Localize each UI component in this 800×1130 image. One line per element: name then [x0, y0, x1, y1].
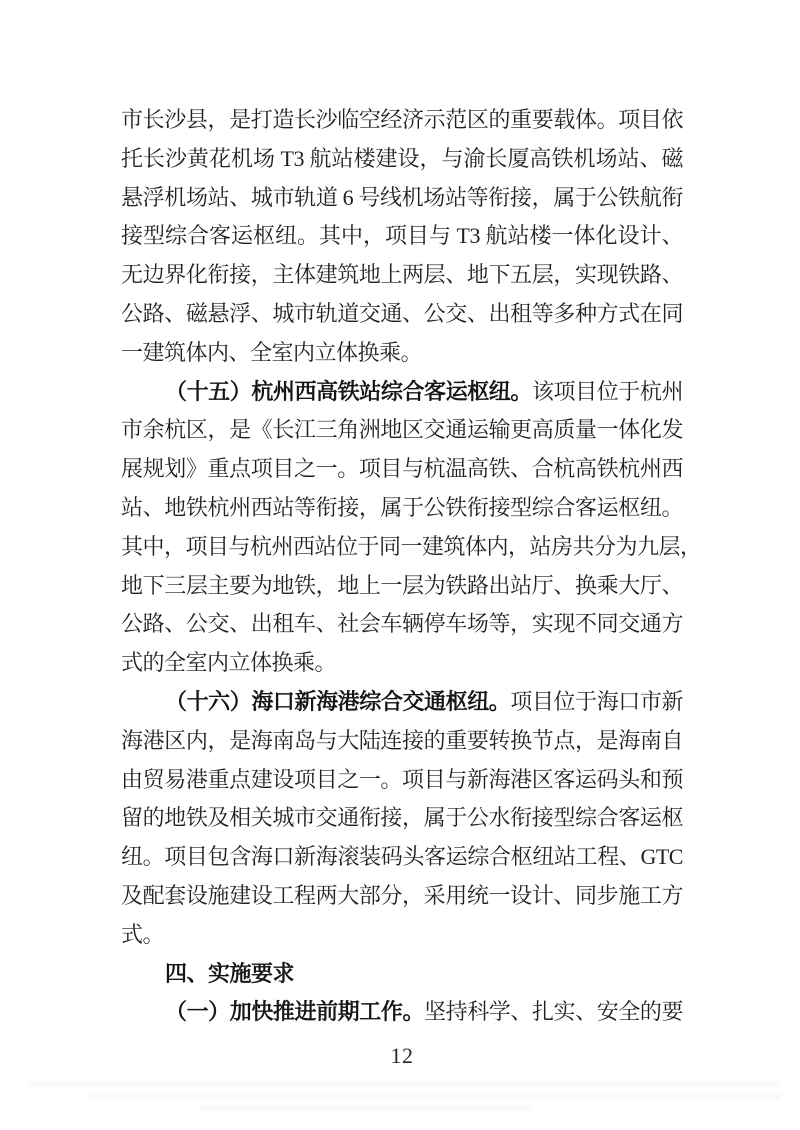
item-16-heading: （十六）海口新海港综合交通枢纽。: [165, 689, 510, 714]
text-line: 及配套设施建设工程两大部分，采用统一设计、同步施工方: [121, 877, 683, 916]
scan-streak: [200, 1106, 530, 1110]
scan-streak: [88, 1094, 780, 1099]
line-text: 市余杭区，是《长江三角洲地区交通运输更高质量一体化发: [121, 417, 683, 442]
text-line-item-16: （十六）海口新海港综合交通枢纽。项目位于海口市新: [121, 683, 683, 722]
line-text: 坚持科学、扎实、安全的要: [424, 999, 683, 1024]
line-text: 一建筑体内、全室内立体换乘。: [121, 340, 422, 365]
text-line: 站、地铁杭州西站等衔接，属于公铁衔接型综合客运枢纽。: [121, 489, 683, 528]
text-line: 接型综合客运枢纽。其中，项目与 T3 航站楼一体化设计、: [121, 217, 683, 256]
text-line: 一建筑体内、全室内立体换乘。: [121, 334, 683, 373]
line-text: 纽。项目包含海口新海滚装码头客运综合枢纽站工程、GTC: [121, 844, 683, 869]
text-line: 海港区内，是海南岛与大陆连接的重要转换节点，是海南自: [121, 722, 683, 761]
text-line: 由贸易港重点建设项目之一。项目与新海港区客运码头和预: [121, 761, 683, 800]
line-text: 及配套设施建设工程两大部分，采用统一设计、同步施工方: [121, 883, 683, 908]
text-line: 其中，项目与杭州西站位于同一建筑体内，站房共分为九层，: [121, 528, 683, 567]
line-text: 站、地铁杭州西站等衔接，属于公铁衔接型综合客运枢纽。: [121, 495, 683, 520]
text-line: 留的地铁及相关城市交通衔接，属于公水衔接型综合客运枢: [121, 799, 683, 838]
line-text: 该项目位于杭州: [532, 379, 683, 404]
item-1-heading: （一）加快推进前期工作。: [165, 999, 424, 1024]
line-text: 式的全室内立体换乘。: [121, 650, 336, 675]
line-text: 项目位于海口市新: [510, 689, 683, 714]
section-heading: 四、实施要求: [121, 955, 683, 994]
text-line: 托长沙黄花机场 T3 航站楼建设，与渝长厦高铁机场站、磁: [121, 140, 683, 179]
line-text: 展规划》重点项目之一。项目与杭温高铁、合杭高铁杭州西: [121, 456, 683, 481]
text-line: 市长沙县，是打造长沙临空经济示范区的重要载体。项目依: [121, 101, 683, 140]
text-line: 公路、磁悬浮、城市轨道交通、公交、出租等多种方式在同: [121, 295, 683, 334]
text-line: 市余杭区，是《长江三角洲地区交通运输更高质量一体化发: [121, 411, 683, 450]
line-text: 地下三层主要为地铁，地上一层为铁路出站厅、换乘大厅、: [121, 573, 683, 598]
text-line: 式。: [121, 916, 683, 955]
scan-streak: [28, 1082, 780, 1086]
line-text: 悬浮机场站、城市轨道 6 号线机场站等衔接，属于公铁航衔: [121, 185, 683, 210]
line-text: 海港区内，是海南岛与大陆连接的重要转换节点，是海南自: [121, 728, 683, 753]
line-text: 式。: [121, 922, 164, 947]
text-line: 纽。项目包含海口新海滚装码头客运综合枢纽站工程、GTC: [121, 838, 683, 877]
line-text: 公路、公交、出租车、社会车辆停车场等，实现不同交通方: [121, 611, 683, 636]
line-text: 公路、磁悬浮、城市轨道交通、公交、出租等多种方式在同: [121, 301, 683, 326]
page-number: 12: [121, 1042, 683, 1070]
text-line: 展规划》重点项目之一。项目与杭温高铁、合杭高铁杭州西: [121, 450, 683, 489]
document-page: 市长沙县，是打造长沙临空经济示范区的重要载体。项目依 托长沙黄花机场 T3 航站…: [121, 101, 683, 1032]
line-text: 托长沙黄花机场 T3 航站楼建设，与渝长厦高铁机场站、磁: [121, 146, 683, 171]
line-text: 其中，项目与杭州西站位于同一建筑体内，站房共分为九层，: [121, 534, 702, 559]
line-text: 市长沙县，是打造长沙临空经济示范区的重要载体。项目依: [121, 107, 683, 132]
text-line: 式的全室内立体换乘。: [121, 644, 683, 683]
text-line-item-1: （一）加快推进前期工作。坚持科学、扎实、安全的要: [121, 993, 683, 1032]
section-heading-text: 四、实施要求: [165, 961, 294, 986]
text-line: 公路、公交、出租车、社会车辆停车场等，实现不同交通方: [121, 605, 683, 644]
text-line: 无边界化衔接，主体建筑地上两层、地下五层，实现铁路、: [121, 256, 683, 295]
item-15-heading: （十五）杭州西高铁站综合客运枢纽。: [165, 379, 532, 404]
text-line: 地下三层主要为地铁，地上一层为铁路出站厅、换乘大厅、: [121, 567, 683, 606]
line-text: 接型综合客运枢纽。其中，项目与 T3 航站楼一体化设计、: [121, 223, 683, 248]
text-line-item-15: （十五）杭州西高铁站综合客运枢纽。该项目位于杭州: [121, 373, 683, 412]
line-text: 留的地铁及相关城市交通衔接，属于公水衔接型综合客运枢: [121, 805, 683, 830]
line-text: 由贸易港重点建设项目之一。项目与新海港区客运码头和预: [121, 767, 683, 792]
text-line: 悬浮机场站、城市轨道 6 号线机场站等衔接，属于公铁航衔: [121, 179, 683, 218]
line-text: 无边界化衔接，主体建筑地上两层、地下五层，实现铁路、: [121, 262, 683, 287]
